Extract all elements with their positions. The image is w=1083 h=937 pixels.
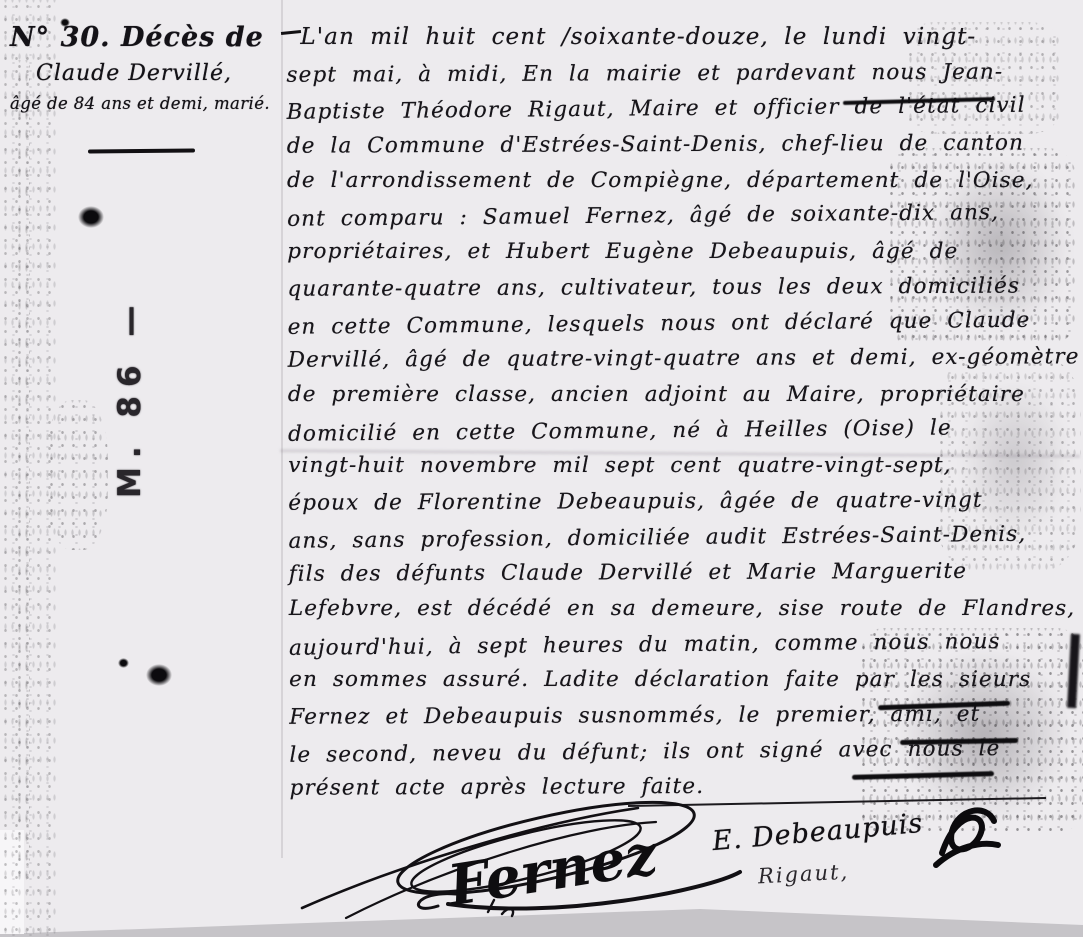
fold-crease-vertical [281,0,283,858]
text-line: de première classe, ancien adjoint au Ma… [288,377,1083,413]
text-line: de la Commune d'Estrées-Saint-Denis, che… [287,125,1082,164]
ink-blob [146,664,172,686]
text-line: sept mai, à midi, En la mairie et pardev… [286,54,1081,93]
archive-stamp: M. 86 — [112,297,148,498]
text-line: Baptiste Théodore Rigaut, Maire et offic… [287,88,1082,131]
text-line: aujourd'hui, à sept heures du matin, com… [289,623,1083,666]
margin-annotation: N° 30. Décès de Claude Dervillé, âgé de … [10,22,286,113]
text-line: ont comparu : Samuel Fernez, âgé de soix… [287,195,1082,238]
signature-paraphe-icon [928,795,1008,875]
act-number: N° 30. Décès de [10,22,286,53]
text-line: époux de Florentine Debeaupuis, âgée de … [288,482,1083,521]
ink-blob [78,206,104,228]
text-line: domicilié en cette Commune, né à Heilles… [288,409,1083,452]
text-line: propriétaires, et Hubert Eugène Debeaupu… [287,234,1082,270]
text-line: le second, neveu du défunt; ils ont sign… [289,730,1083,773]
text-line: vingt-huit novembre mil sept cent quatre… [288,448,1083,484]
text-line: en cette Commune, lesquels nous ont décl… [287,302,1082,345]
scanned-document: N° 30. Décès de Claude Dervillé, âgé de … [0,0,1083,937]
deceased-age: âgé de 84 ans et demi, marié. [10,94,286,113]
act-body-text: L'an mil huit cent /soixante-douze, le l… [286,18,1083,807]
text-line: de l'arrondissement de Compiègne, départ… [287,163,1082,199]
signature-fernez: Fernez [288,792,758,932]
deceased-name: Claude Dervillé, [10,61,286,86]
paper-edge-highlight [0,830,24,934]
text-line: Dervillé, âgé de quatre-vingt-quatre ans… [288,339,1083,378]
text-line: en sommes assuré. Ladite déclaration fai… [289,662,1083,698]
ink-blob [118,658,129,668]
text-line: L'an mil huit cent /soixante-douze, le l… [286,20,1081,56]
text-line: fils des défunts Claude Dervillé et Mari… [289,554,1083,593]
text-line: Lefebvre, est décédé en sa demeure, sise… [289,591,1083,627]
text-line: quarante-quatre ans, cultivateur, tous l… [287,268,1082,307]
signature-rigaut: Rigaut, [757,860,849,889]
text-line: ans, sans profession, domiciliée audit E… [288,516,1083,559]
